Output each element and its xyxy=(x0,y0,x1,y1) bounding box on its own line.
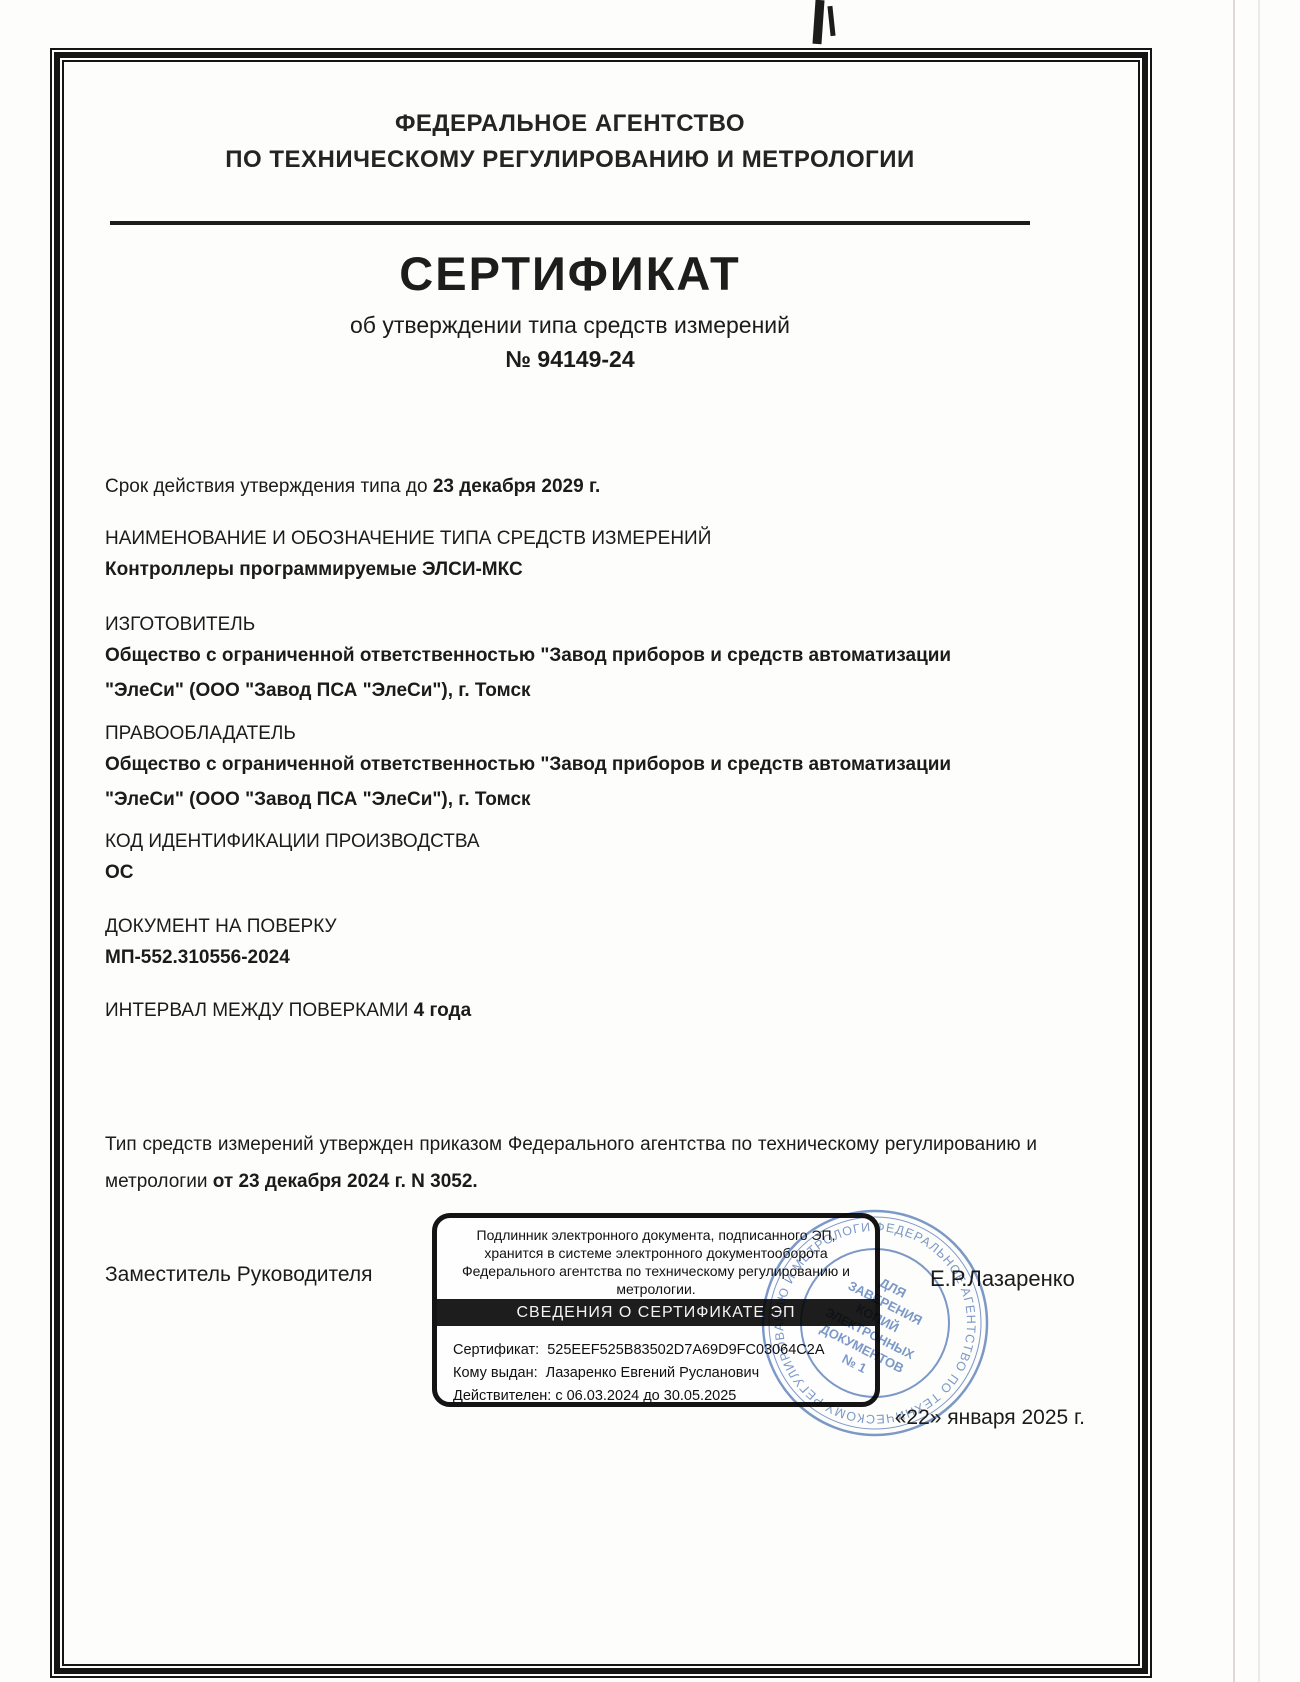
scan-artifact xyxy=(827,6,835,36)
section-verifdoc-value: МП-552.310556-2024 xyxy=(105,940,1035,975)
validity-label: Срок действия утверждения типа до xyxy=(105,476,433,497)
validity-value: 23 декабря 2029 г. xyxy=(433,476,600,497)
agency-header-line2: ПО ТЕХНИЧЕСКОМУ РЕГУЛИРОВАНИЮ И МЕТРОЛОГ… xyxy=(105,142,1035,178)
section-idcode-value: ОС xyxy=(105,855,1035,890)
section-idcode-label: КОД ИДЕНТИФИКАЦИИ ПРОИЗВОДСТВА xyxy=(105,831,1035,853)
section-rightsholder-label: ПРАВООБЛАДАТЕЛЬ xyxy=(105,723,1035,745)
interval-value: 4 года xyxy=(414,1000,472,1021)
scan-artifact xyxy=(1258,0,1260,1682)
validity-line: Срок действия утверждения типа до 23 дек… xyxy=(105,474,1035,500)
section-name-label: НАИМЕНОВАНИЕ И ОБОЗНАЧЕНИЕ ТИПА СРЕДСТВ … xyxy=(105,528,1035,550)
esign-issued-label: Кому выдан: xyxy=(453,1365,538,1381)
document-subtitle: об утверждении типа средств измерений xyxy=(105,312,1035,339)
header-divider xyxy=(110,221,1030,225)
document-date: «22» января 2025 г. xyxy=(785,1406,1085,1430)
esign-valid-label: Действителен: xyxy=(453,1388,551,1404)
certificate-page: ФЕДЕРАЛЬНОЕ АГЕНТСТВО ПО ТЕХНИЧЕСКОМУ РЕ… xyxy=(0,0,1300,1682)
section-verifdoc-label: ДОКУМЕНТ НА ПОВЕРКУ xyxy=(105,916,1035,938)
esign-issued-value: Лазаренко Евгений Русланович xyxy=(546,1365,759,1381)
interval-line: ИНТЕРВАЛ МЕЖДУ ПОВЕРКАМИ 4 года xyxy=(105,998,1035,1024)
esign-cert-label: Сертификат: xyxy=(453,1342,539,1358)
certificate-number: № 94149-24 xyxy=(105,346,1035,373)
scan-artifact xyxy=(812,0,824,44)
section-manufacturer-value: Общество с ограниченной ответственностью… xyxy=(105,638,1035,708)
section-manufacturer-label: ИЗГОТОВИТЕЛЬ xyxy=(105,614,1035,636)
interval-label: ИНТЕРВАЛ МЕЖДУ ПОВЕРКАМИ xyxy=(105,1000,414,1021)
signer-position: Заместитель Руководителя xyxy=(105,1263,372,1287)
approval-order-paragraph: Тип средств измерений утвержден приказом… xyxy=(105,1126,1037,1200)
scan-artifact xyxy=(1233,0,1235,1682)
agency-header-line1: ФЕДЕРАЛЬНОЕ АГЕНТСТВО xyxy=(105,106,1035,142)
esign-valid-value: с 06.03.2024 до 30.05.2025 xyxy=(555,1388,736,1404)
section-name-value: Контроллеры программируемые ЭЛСИ-МКС xyxy=(105,552,1035,587)
section-rightsholder-value: Общество с ограниченной ответственностью… xyxy=(105,747,1035,817)
document-title: СЕРТИФИКАТ xyxy=(105,246,1035,301)
approval-order-number: от 23 декабря 2024 г. N 3052. xyxy=(213,1171,478,1192)
agency-header: ФЕДЕРАЛЬНОЕ АГЕНТСТВО ПО ТЕХНИЧЕСКОМУ РЕ… xyxy=(105,106,1035,178)
